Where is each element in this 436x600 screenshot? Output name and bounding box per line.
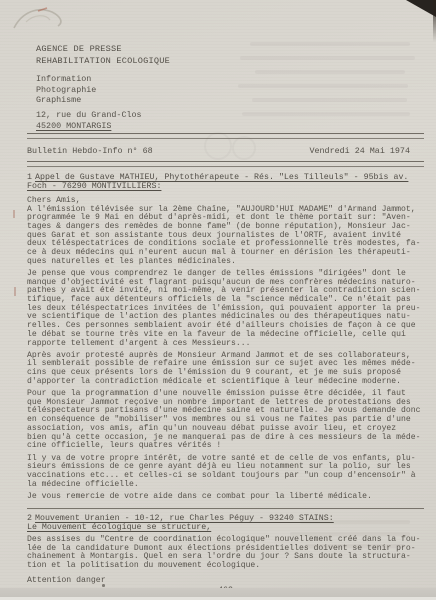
letter-paragraph: Je vous remercie de votre aide dans ce c… — [27, 493, 424, 502]
page-bottom-edge — [0, 588, 436, 597]
service-item: Photographie — [36, 85, 424, 96]
bulletin-title: Bulletin Hebdo-Info n° 68 — [27, 147, 153, 156]
margin-mark — [14, 287, 16, 296]
letter-paragraph: Je pense que vous comprendrez le danger … — [27, 270, 424, 348]
divider-rule — [27, 133, 424, 139]
address-line: 45200 MONTARGIS — [36, 121, 424, 132]
section-number: 1 — [27, 173, 32, 182]
letter-paragraph: Pour que la programmation d'une nouvelle… — [27, 390, 424, 451]
section-title-line: Mouvement Uranien - 10-12, rue Charles P… — [35, 514, 334, 523]
section-title-line: Foch - 76290 MONTIVILLIERS: — [27, 182, 161, 191]
section-title-line: Appel de Gustave MATHIEU, Phytothérapeut… — [35, 173, 408, 182]
bulletin-date: Vendredi 24 Mai 1974 — [309, 147, 410, 156]
divider-rule — [27, 161, 424, 167]
document-content: AGENCE DE PRESSE REHABILITATION ECOLOGIQ… — [27, 44, 424, 595]
scan-corner-shadow — [406, 0, 436, 17]
letter-paragraph: Après avoir protesté auprès de Monsieur … — [27, 352, 424, 387]
service-item: Information — [36, 74, 424, 85]
scanned-bulletin-page: AGENCE DE PRESSE REHABILITATION ECOLOGIQ… — [0, 0, 436, 600]
section-number: 2 — [27, 514, 32, 523]
agency-services: Information Photographie Graphisme — [27, 74, 424, 106]
divider-rule — [27, 508, 424, 509]
footer-note: Attention danger — [27, 576, 424, 585]
agency-address: 12, rue du Grand-Clos 45200 MONTARGIS — [27, 110, 424, 131]
section-2-title: 2Mouvement Uranien - 10-12, rue Charles … — [27, 514, 424, 533]
letter-paragraph: Il y va de votre propre intérêt, de votr… — [27, 455, 424, 490]
margin-mark — [13, 210, 15, 218]
section-paragraph: Des assises du "Centre de coordination é… — [27, 536, 424, 571]
address-city: 45200 MONTARGIS — [36, 121, 111, 131]
agency-line: AGENCE DE PRESSE — [36, 44, 424, 56]
masthead: Bulletin Hebdo-Info n° 68 Vendredi 24 Ma… — [27, 147, 424, 156]
address-line: 12, rue du Grand-Clos — [36, 110, 424, 121]
service-item: Graphisme — [36, 95, 424, 106]
letter-paragraph: A l'émission télévisée sur la 2ème Chaîn… — [27, 206, 424, 267]
section-subtitle: Le Mouvement écologique se structure, — [27, 523, 211, 532]
agency-line: REHABILITATION ECOLOGIQUE — [36, 56, 424, 68]
section-1-title: 1Appel de Gustave MATHIEU, Phytothérapeu… — [27, 173, 424, 192]
agency-name: AGENCE DE PRESSE REHABILITATION ECOLOGIQ… — [27, 44, 424, 67]
pen-scribble-mark — [8, 2, 78, 36]
